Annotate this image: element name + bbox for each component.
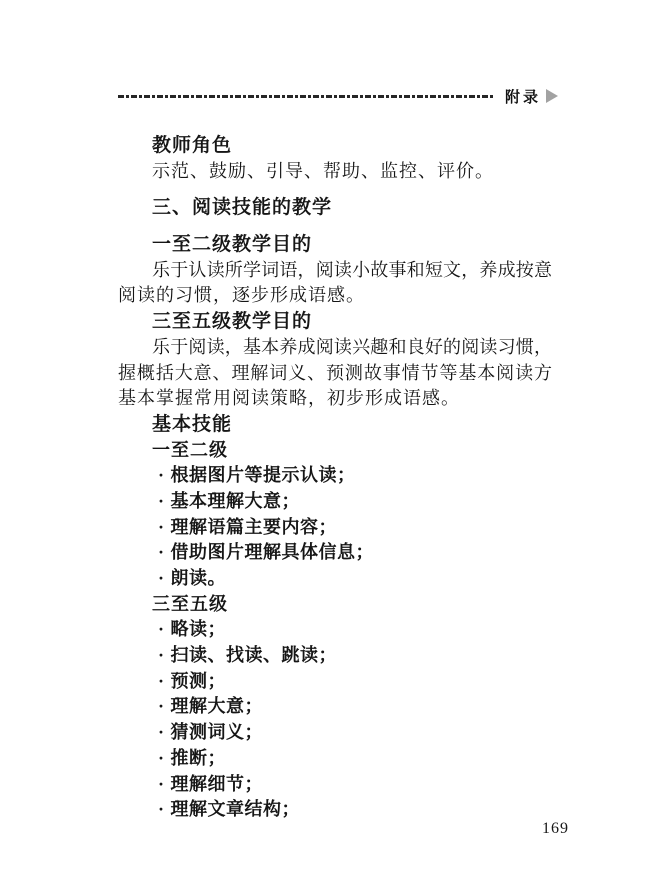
bullet-line: ·根据图片等提示认读； [118,463,552,489]
bullet-text: 理解大意； [171,696,264,716]
bullet-dot-icon: · [158,515,165,541]
bullet-line: ·推断； [118,746,552,772]
right-triangle-icon [546,89,558,103]
bullet-line: ·略读； [118,617,552,643]
page-content: 教师角色示范、鼓励、引导、帮助、监控、评价。三、阅读技能的教学一至二级教学目的乐… [118,133,552,823]
bullet-dot-icon: · [158,540,165,566]
text-line: 基本掌握常用阅读策略，初步形成语感。 [118,386,552,412]
heading-line: 一至二级教学目的 [118,232,552,258]
bullet-dot-icon: · [158,617,165,643]
heading-line: 三、阅读技能的教学 [118,195,552,221]
text-line: 乐于认读所学词语，阅读小故事和短文，养成按意群 [118,258,552,284]
text-line: 握概括大意、理解词义、预测故事情节等基本阅读方法， [118,361,552,387]
bullet-dot-icon: · [158,720,165,746]
heading-line: 一至二级 [118,438,552,464]
text-line: 乐于阅读，基本养成阅读兴趣和良好的阅读习惯，掌 [118,335,552,361]
bullet-text: 推断； [171,748,227,768]
bullet-dot-icon: · [158,772,165,798]
page-number: 169 [542,820,569,838]
running-head: 附录 [118,86,558,106]
bullet-text: 根据图片等提示认读； [171,465,356,485]
bullet-dot-icon: · [158,566,165,592]
bullet-text: 理解文章结构； [171,799,301,819]
bullet-line: ·朗读。 [118,566,552,592]
bullet-text: 基本理解大意； [171,491,301,511]
bullet-line: ·借助图片理解具体信息； [118,540,552,566]
heading-line: 基本技能 [118,412,552,438]
bullet-line: ·扫读、找读、跳读； [118,643,552,669]
bullet-line: ·理解语篇主要内容； [118,515,552,541]
bullet-text: 预测； [171,671,227,691]
bullet-text: 理解细节； [171,774,264,794]
heading-line: 教师角色 [118,133,552,159]
bullet-dot-icon: · [158,746,165,772]
text-line: 示范、鼓励、引导、帮助、监控、评价。 [118,159,552,185]
bullet-text: 猜测词义； [171,722,264,742]
text-line: 阅读的习惯，逐步形成语感。 [118,283,552,309]
heading-line: 三至五级 [118,592,552,618]
bullet-line: ·预测； [118,669,552,695]
appendix-header-label: 附录 [505,86,541,107]
bullet-line: ·理解文章结构； [118,797,552,823]
bullet-text: 朗读。 [171,568,227,588]
bullet-line: ·理解细节； [118,772,552,798]
bullet-dot-icon: · [158,463,165,489]
bullet-line: ·理解大意； [118,694,552,720]
bullet-line: ·基本理解大意； [118,489,552,515]
bullet-dot-icon: · [158,669,165,695]
bullet-dot-icon: · [158,797,165,823]
bullet-text: 理解语篇主要内容； [171,517,338,537]
bullet-text: 扫读、找读、跳读； [171,645,338,665]
book-page: 附录 教师角色示范、鼓励、引导、帮助、监控、评价。三、阅读技能的教学一至二级教学… [0,0,668,891]
bullet-text: 略读； [171,619,227,639]
bullet-text: 借助图片理解具体信息； [171,542,375,562]
bullet-line: ·猜测词义； [118,720,552,746]
bullet-dot-icon: · [158,643,165,669]
bullet-dot-icon: · [158,489,165,515]
dotted-rule [118,95,495,98]
bullet-dot-icon: · [158,694,165,720]
heading-line: 三至五级教学目的 [118,309,552,335]
